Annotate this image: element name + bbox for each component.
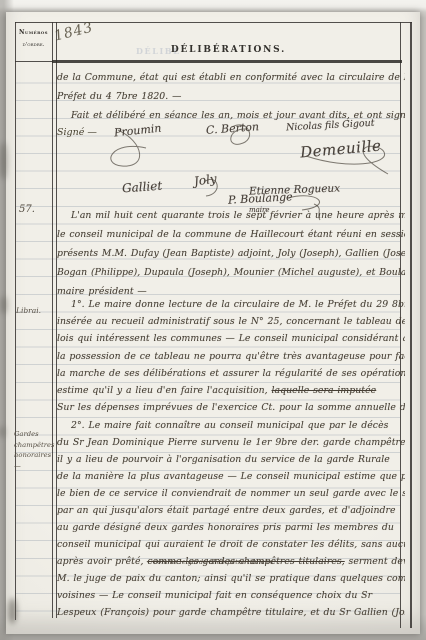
margin-note-librairie: Librai. <box>16 306 41 315</box>
paragraph-session-opening: L'an mil huit cent quarante trois le sep… <box>57 206 405 301</box>
manuscript-line: du Sr Jean Dominique Pierre survenu le 1… <box>57 434 405 451</box>
frame-left-border <box>15 22 16 620</box>
scan-smudge <box>0 426 5 438</box>
margin-note-line: — <box>14 461 54 472</box>
manuscript-line: estime qu'il y a lieu d'en faire l'acqui… <box>57 382 405 399</box>
manuscript-line: voisines — Le conseil municipal fait en … <box>57 587 405 604</box>
numeros-label: Numéros <box>15 29 52 36</box>
manuscript-line: la possession de ce tableau ne pourra qu… <box>57 348 405 365</box>
signature-flourish <box>306 146 388 174</box>
manuscript-line: lois qui intéressent les communes — Le c… <box>57 330 405 347</box>
manuscript-line: au garde désigné deux gardes honoraires … <box>57 519 405 536</box>
paragraph-item-2: 2°. Le maire fait connaître au conseil m… <box>57 417 405 621</box>
manuscript-line: il y a lieu de pourvoir à l'organisation… <box>57 451 405 468</box>
manuscript-line: 2°. Le maire fait connaître au conseil m… <box>57 417 405 434</box>
signature-flourish <box>111 130 146 166</box>
margin-note-line: honoraires <box>14 450 54 461</box>
manuscript-line: de la Commune, état qui est établi en co… <box>57 68 405 87</box>
manuscript-line: de la manière la plus avantageuse — Le c… <box>57 468 405 485</box>
paragraph-continuation: de la Commune, état qui est établi en co… <box>57 68 405 106</box>
manuscript-line: 1°. Le maire donne lecture de la circula… <box>57 296 405 313</box>
register-page: Numéros d'ordre. DÉLIBÉ DÉLIBÉRATIONS. 1… <box>6 12 420 634</box>
margin-note-line: Gardes <box>14 429 54 440</box>
scan-smudge <box>1 296 7 314</box>
manuscript-line: le bien de ce service il conviendrait de… <box>57 485 405 502</box>
page-title: DÉLIBÉRATIONS. <box>57 45 400 55</box>
manuscript-line: Lespeux (François) pour garde champêtre … <box>57 604 405 621</box>
ordre-label: d'ordre. <box>15 42 52 48</box>
signature-flourish <box>204 179 217 196</box>
manuscript-line: L'an mil huit cent quarante trois le sep… <box>57 206 405 225</box>
manuscript-line: Sur les dépenses imprévues de l'exercice… <box>57 399 405 416</box>
numeros-column-header: Numéros d'ordre. <box>15 29 52 48</box>
manuscript-line: conseil municipal qui auraient le droit … <box>57 536 405 553</box>
margin-note-line: champêtres <box>14 440 54 451</box>
interline-insertion: + comme le garde champêtre titulaire <box>146 558 274 566</box>
scan-smudge <box>8 598 17 624</box>
manuscript-line: la marche de ses délibérations et assure… <box>57 365 405 382</box>
manuscript-line: Préfet du 4 7bre 1820. — <box>57 87 405 106</box>
paragraph-item-1: 1°. Le maire donne lecture de la circula… <box>57 296 405 416</box>
manuscript-line: insérée au recueil administratif sous le… <box>57 313 405 330</box>
signature-flourish <box>231 125 250 144</box>
manuscript-line: le conseil municipal de la commune de Ha… <box>57 225 405 244</box>
manuscript-line: par an qui jusqu'alors était partagé ent… <box>57 502 405 519</box>
manuscript-line: Bogan (Philippe), Dupaula (Joseph), Moun… <box>57 263 405 282</box>
header-underline-main <box>52 60 402 63</box>
scan-smudge <box>0 142 7 180</box>
manuscript-line: présents M.M. Dufay (Jean Baptiste) adjo… <box>57 244 405 263</box>
margin-item-number: 57. <box>19 204 35 215</box>
header-underline-margin <box>15 61 52 62</box>
margin-note-gardes: Gardeschampêtreshonoraires— <box>14 429 54 471</box>
margin-column-rule-outer <box>52 22 53 618</box>
manuscript-line: M. le juge de paix du canton; ainsi qu'i… <box>57 570 405 587</box>
